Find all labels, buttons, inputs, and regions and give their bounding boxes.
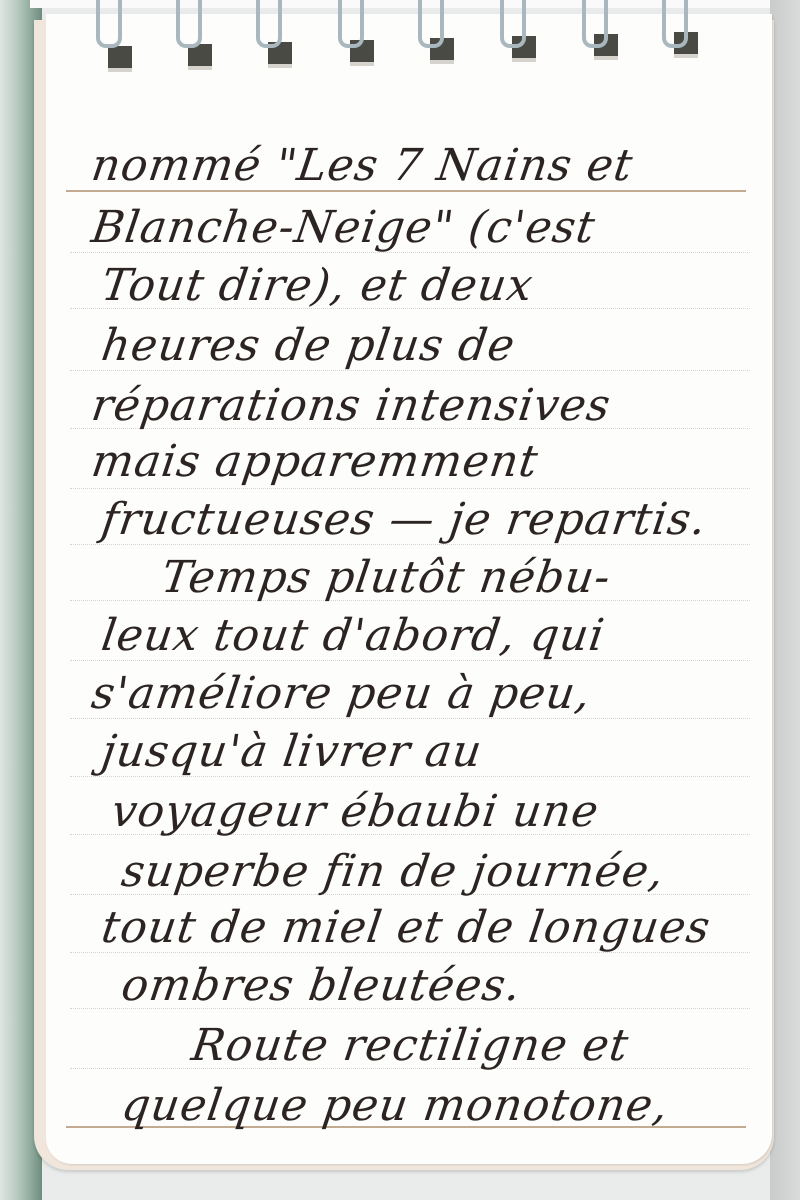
text-line: ombres bleutées. [118,960,524,1011]
text-line: heures de plus de [98,320,518,371]
text-line: leux tout d'abord, qui [98,610,607,661]
text-line: nommé "Les 7 Nains et [88,140,636,191]
background-surface-right [770,0,800,1200]
text-line: Blanche-Neige" (c'est [88,202,598,253]
text-line: s'améliore peu à peu, [88,668,594,719]
spiral-ring-icon [582,0,608,48]
text-line: quelque peu monotone, [118,1080,671,1131]
text-line: Route rectiligne et [188,1020,632,1071]
spiral-ring-icon [500,0,526,48]
text-line: superbe fin de journée, [118,846,667,897]
text-line: jusqu'à livrer au [98,726,485,777]
spiral-ring-icon [418,0,444,48]
spiral-ring-icon [96,0,122,48]
text-line: Tout dire), et deux [98,260,536,311]
text-line: fructueuses — je repartis. [98,494,710,545]
spiral-binding [0,0,800,80]
spiral-ring-icon [662,0,688,48]
text-line: Temps plutôt nébu- [158,552,614,603]
text-line: voyageur ébaubi une [108,786,602,837]
binding-hole [108,46,132,72]
text-line: réparations intensives [88,380,614,431]
text-line: tout de miel et de longues [98,902,713,953]
spiral-ring-icon [176,0,202,48]
ruled-line [70,488,750,489]
text-line: mais apparemment [88,436,541,487]
spiral-ring-icon [256,0,282,48]
spiral-ring-icon [338,0,364,48]
